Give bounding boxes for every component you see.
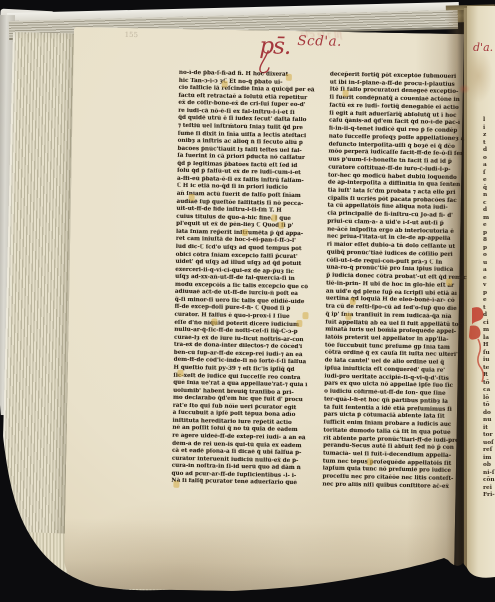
book-photograph: d'a. liztdoaſeq̄ncdmep8pouaevpetdcimlaHſ… xyxy=(0,0,495,602)
text-column-left: no-ī-de p̄ba-ſ-fi-ad fi. H hoc dixerathi… xyxy=(171,70,326,489)
capital-wash-highlight xyxy=(367,458,373,465)
capital-wash-highlight xyxy=(242,229,248,236)
capital-wash-highlight xyxy=(286,74,292,81)
capital-wash-highlight xyxy=(345,313,351,320)
capital-wash-highlight xyxy=(271,214,277,221)
text-column-right: decep̄erit fortiq̄ pōt exceptōe ſubmouer… xyxy=(322,72,477,492)
capital-wash-highlight xyxy=(211,318,217,325)
capital-wash-highlight xyxy=(343,90,349,97)
capital-wash-highlight xyxy=(302,312,308,319)
text-line: nec pro aliis niſi quibus conſtitore ac̄… xyxy=(322,481,465,491)
pencil-mark: 155 xyxy=(125,31,139,39)
capital-wash-highlight xyxy=(222,81,228,88)
capital-wash-highlight xyxy=(296,320,302,327)
capital-wash-highlight xyxy=(446,279,452,286)
capital-wash-highlight xyxy=(173,481,179,488)
text-line: Nā ſi falſq̄ pcurator tenē aduerſario qu… xyxy=(171,478,314,488)
capital-wash-highlight xyxy=(350,298,356,305)
capital-wash-highlight xyxy=(177,370,183,377)
capital-wash-highlight xyxy=(189,194,195,201)
running-header-word: Scd'a. xyxy=(297,33,342,50)
page-content: 155 ſil ⁊ ſe c'la ps̄.Scd'a. no-ī-de p̄b… xyxy=(0,0,495,602)
capital-wash-highlight xyxy=(278,222,284,229)
